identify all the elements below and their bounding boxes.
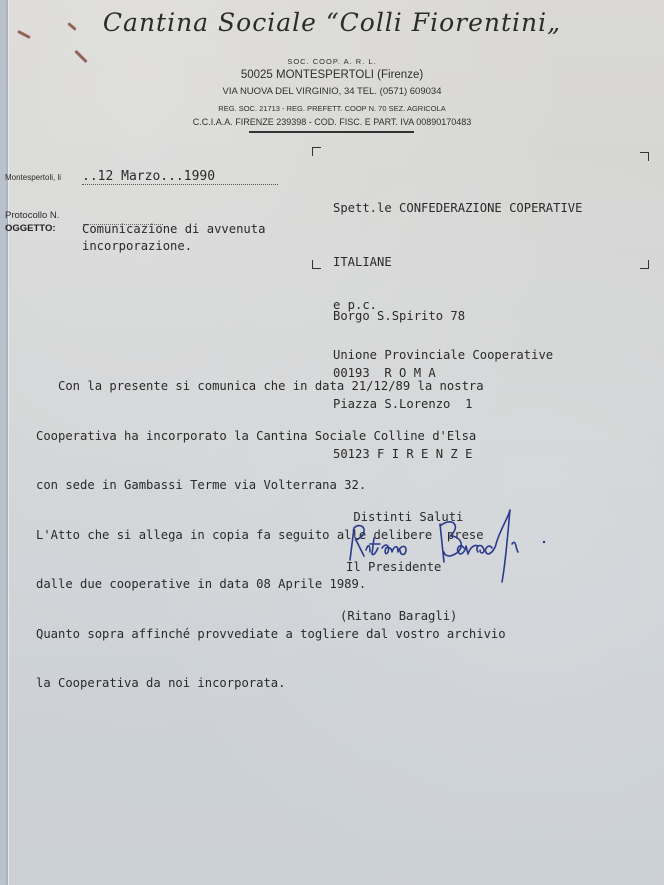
legal-form: SOC. COOP. A. R. L.: [0, 57, 664, 66]
letter-date: ..12 Marzo...1990: [82, 169, 278, 185]
address-line: VIA NUOVA DEL VIRGINIO, 34 TEL. (0571) 6…: [0, 86, 664, 97]
signatory-name: (Ritano Baragli): [340, 608, 463, 625]
cc-label: e p.c.: [333, 297, 553, 314]
address-window-corner: [312, 260, 321, 269]
address-window-corner: [312, 147, 321, 156]
address-window-corner: [640, 260, 649, 269]
city-line: 50025 MONTESPERTOLI (Firenze): [0, 69, 664, 81]
recipient-line: Spett.le CONFEDERAZIONE COPERATIVE: [333, 199, 582, 217]
tax-line: C.C.I.A.A. FIRENZE 239398 - COD. FISC. E…: [0, 117, 664, 127]
handwritten-signature: Ritano Baragli: [340, 500, 560, 590]
body-line: Con la presente si comunica che in data …: [36, 378, 506, 395]
body-line: Cooperativa ha incorporato la Cantina So…: [36, 428, 506, 445]
protocol-label: Protocollo N.: [5, 210, 59, 221]
subject-label: OGGETTO:: [5, 223, 56, 234]
company-name: Cantina Sociale “Colli Fiorentini„: [0, 8, 664, 37]
header-rule: [249, 131, 414, 133]
subject-text: Comunicazione di avvenutaincorporazione.: [82, 221, 265, 254]
address-window-corner: [640, 152, 649, 161]
body-line: la Cooperativa da noi incorporata.: [36, 675, 506, 692]
subject-line: incorporazione.: [82, 238, 265, 255]
subject-line: Comunicazione di avvenuta: [82, 221, 265, 238]
place-label: Montespertoli, li: [5, 173, 61, 182]
registration-line: REG. SOC. 21713 - REG. PREFETT. COOP N. …: [0, 104, 664, 113]
